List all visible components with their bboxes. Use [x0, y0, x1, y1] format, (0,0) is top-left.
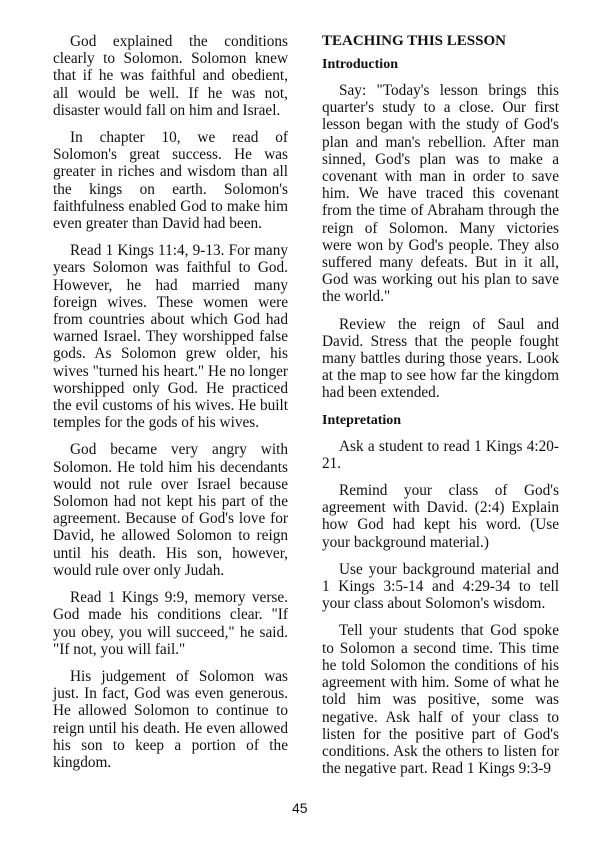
paragraph: In chapter 10, we read of Solomon's grea…	[53, 129, 288, 232]
page-number: 45	[292, 800, 308, 816]
paragraph: Say: "Today's lesson brings this quarter…	[322, 82, 559, 306]
paragraph: Read 1 Kings 11:4, 9-13. For many years …	[53, 242, 288, 431]
paragraph: Review the reign of Saul and David. Stre…	[322, 316, 559, 402]
paragraph: Tell your students that God spoke to Sol…	[322, 622, 559, 777]
subheading-interpretation: Intepretation	[322, 412, 559, 429]
right-column: TEACHING THIS LESSON Introduction Say: "…	[322, 33, 559, 787]
document-page: God explained the conditions clearly to …	[0, 0, 596, 850]
paragraph: Ask a student to read 1 Kings 4:20-21.	[322, 438, 559, 472]
paragraph: God explained the conditions clearly to …	[53, 33, 288, 119]
section-heading: TEACHING THIS LESSON	[322, 33, 559, 50]
paragraph: Use your background material and 1 Kings…	[322, 561, 559, 613]
paragraph: His judgement of Solomon was just. In fa…	[53, 668, 288, 771]
paragraph: God became very angry with Solomon. He t…	[53, 441, 288, 579]
paragraph: Remind your class of God's agreement wit…	[322, 482, 559, 551]
subheading-introduction: Introduction	[322, 56, 559, 73]
paragraph: Read 1 Kings 9:9, memory verse. God made…	[53, 589, 288, 658]
left-column: God explained the conditions clearly to …	[53, 33, 288, 781]
